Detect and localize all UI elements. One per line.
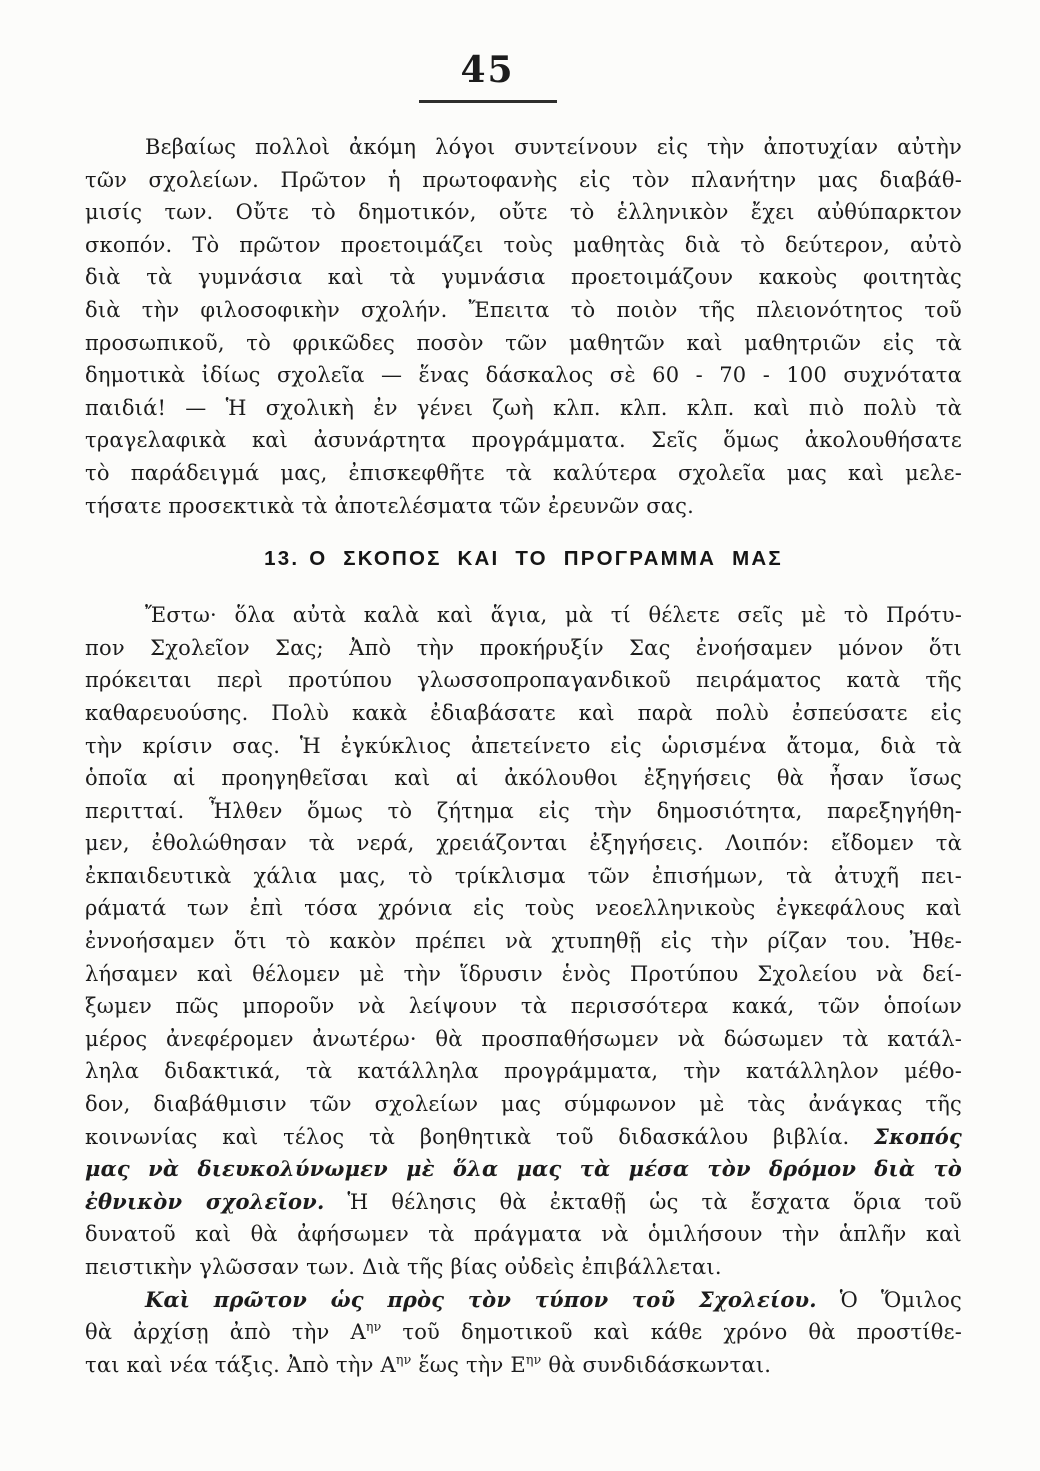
text-line: μεν, ἐθολώθησαν τὰ νερά, χρειάζονται ἐξη… [85, 827, 962, 860]
text-line: ὁποῖα αἱ προηγηθεῖσαι καὶ αἱ ἀκόλουθοι ἐ… [85, 762, 962, 795]
text-run: τοῦ δημοτικοῦ καὶ κάθε χρόνο θὰ προστίθε… [381, 1320, 962, 1344]
text-run: πρόκειται περὶ προτύπου γλωσσοπροπαγανδι… [85, 668, 962, 692]
text-line: καθαρευούσης. Πολὺ κακὰ ἐδιαβάσατε καὶ π… [85, 697, 962, 730]
paragraph: Βεβαίως πολλοὶ ἀκόμη λόγοι συντείνουν εἰ… [85, 131, 962, 522]
text-line: ἐκπαιδευτικὰ χάλια μας, τὸ τρίκλισμα τῶν… [85, 860, 962, 893]
emphasis-run: Καὶ πρῶτον ὡς πρὸς τὸν τύπον τοῦ Σχολείο… [145, 1287, 817, 1312]
text-line: μας νὰ διευκολύνωμεν μὲ ὅλα μας τὰ μέσα … [85, 1153, 962, 1186]
text-run: δημοτικὰ ἰδίως σχολεῖα — ἕνας δάσκαλος σ… [85, 363, 962, 387]
text-run: πειστικὴν γλῶσσαν των. Διὰ τῆς βίας οὐδε… [85, 1255, 722, 1279]
text-run: δυνατοῦ καὶ θὰ ἀφήσωμεν τὰ πράγματα νὰ ὁ… [85, 1222, 962, 1246]
text-run: ἐννοήσαμεν ὅτι τὸ κακὸν πρέπει νὰ χτυπηθ… [85, 929, 962, 953]
text-line: ἐθνικὸν σχολεῖον. Ἡ θέλησις θὰ ἐκταθῇ ὡς… [85, 1186, 962, 1219]
text-run: μέρος ἀνεφέρομεν ἀνωτέρω· θὰ προσπαθήσωμ… [85, 1027, 962, 1051]
text-line: διὰ τὰ γυμνάσια καὶ τὰ γυμνάσια προετοιμ… [85, 261, 962, 294]
paragraph-slot-1: Βεβαίως πολλοὶ ἀκόμη λόγοι συντείνουν εἰ… [85, 131, 962, 522]
text-run: προσωπικοῦ, τὸ φρικῶδες ποσὸν τῶν μαθητῶ… [85, 331, 962, 355]
text-line: τῶν σχολείων. Πρῶτον ἡ πρωτοφανὴς εἰς τὸ… [85, 164, 962, 197]
section-heading-number: 13. [264, 547, 299, 570]
text-run: κοινωνίας καὶ τέλος τὰ βοηθητικὰ τοῦ διδ… [85, 1125, 874, 1149]
text-run: Βεβαίως πολλοὶ ἀκόμη λόγοι συντείνουν εἰ… [145, 135, 962, 159]
text-line: τήσατε προσεκτικὰ τὰ ἀποτελέσματα τῶν ἐρ… [85, 490, 962, 523]
text-run: θὰ ἀρχίσῃ ἀπὸ τὴν Α [85, 1320, 366, 1344]
text-line: ξωμεν πῶς μποροῦν νὰ λείψουν τὰ περισσότ… [85, 990, 962, 1023]
text-run: ἐκπαιδευτικὰ χάλια μας, τὸ τρίκλισμα τῶν… [85, 864, 962, 888]
text-line: Καὶ πρῶτον ὡς πρὸς τὸν τύπον τοῦ Σχολείο… [85, 1284, 962, 1317]
text-run: τήσατε προσεκτικὰ τὰ ἀποτελέσματα τῶν ἐρ… [85, 494, 694, 518]
text-run: μεν, ἐθολώθησαν τὰ νερά, χρειάζονται ἐξη… [85, 831, 962, 855]
text-line: τὸ παράδειγμά μας, ἐπισκεφθῆτε τὰ καλύτε… [85, 457, 962, 490]
text-line: περιτταί. Ἦλθεν ὅμως τὸ ζήτημα εἰς τὴν δ… [85, 795, 962, 828]
paragraph-slot-3: Καὶ πρῶτον ὡς πρὸς τὸν τύπον τοῦ Σχολείο… [85, 1284, 962, 1382]
text-line: σκοπόν. Τὸ πρῶτον προετοιμάζει τοὺς μαθη… [85, 229, 962, 262]
text-line: παιδιά! — Ἡ σχολικὴ ἐν γένει ζωὴ κλπ. κλ… [85, 392, 962, 425]
text-run: περιτταί. Ἦλθεν ὅμως τὸ ζήτημα εἰς τὴν δ… [85, 799, 962, 823]
text-line: πρόκειται περὶ προτύπου γλωσσοπροπαγανδι… [85, 664, 962, 697]
text-run: Ὁ Ὅμιλος [817, 1288, 962, 1312]
text-run: ὁποῖα αἱ προηγηθεῖσαι καὶ αἱ ἀκόλουθοι ἐ… [85, 766, 962, 790]
superscript-run: ην [396, 1352, 412, 1367]
text-line: τὴν κρίσιν σας. Ἡ ἐγκύκλιος ἀπετείνετο ε… [85, 730, 962, 763]
text-line: μέρος ἀνεφέρομεν ἀνωτέρω· θὰ προσπαθήσωμ… [85, 1023, 962, 1056]
text-run: τὸ παράδειγμά μας, ἐπισκεφθῆτε τὰ καλύτε… [85, 461, 962, 485]
text-line: ται καὶ νέα τάξις. Ἀπὸ τὴν Αην ἕως τὴν Ε… [85, 1349, 962, 1382]
text-line: λήσαμεν καὶ θέλομεν μὲ τὴν ἵδρυσιν ἑνὸς … [85, 958, 962, 991]
text-run: ληλα διδακτικά, τὰ κατάλληλα προγράμματα… [85, 1059, 962, 1083]
text-run: τῶν σχολείων. Πρῶτον ἡ πρωτοφανὴς εἰς τὸ… [85, 168, 962, 192]
text-line: προσωπικοῦ, τὸ φρικῶδες ποσὸν τῶν μαθητῶ… [85, 327, 962, 360]
text-run: ξωμεν πῶς μποροῦν νὰ λείψουν τὰ περισσότ… [85, 994, 962, 1018]
text-line: πον Σχολεῖον Σας; Ἀπὸ τὴν προκήρυξίν Σας… [85, 632, 962, 665]
text-run: ράματά των ἐπὶ τόσα χρόνια εἰς τοὺς νεοε… [85, 896, 962, 920]
text-line: κοινωνίας καὶ τέλος τὰ βοηθητικὰ τοῦ διδ… [85, 1121, 962, 1154]
text-line: διὰ τὴν φιλοσοφικὴν σχολήν. Ἔπειτα τὸ πο… [85, 294, 962, 327]
text-run: Ἡ θέλησις θὰ ἐκταθῇ ὡς τὰ ἔσχατα ὅρια το… [324, 1190, 962, 1214]
text-line: Ἔστω· ὅλα αὐτὰ καλὰ καὶ ἅγια, μὰ τί θέλε… [85, 599, 962, 632]
body-text: Βεβαίως πολλοὶ ἀκόμη λόγοι συντείνουν εἰ… [85, 131, 962, 1381]
page-number: 45 [419, 52, 557, 88]
superscript-run: ην [366, 1319, 382, 1334]
text-run: μισίς των. Οὔτε τὸ δημοτικόν, οὔτε τὸ ἑλ… [85, 200, 962, 224]
text-run: ται καὶ νέα τάξις. Ἀπὸ τὴν Α [85, 1353, 396, 1377]
section-heading: 13.Ο ΣΚΟΠΟΣ ΚΑΙ ΤΟ ΠΡΟΓΡΑΜΜΑ ΜΑΣ [85, 546, 962, 572]
page-header: 45 [419, 52, 557, 103]
emphasis-run: ἐθνικὸν σχολεῖον. [85, 1189, 324, 1214]
text-line: ἐννοήσαμεν ὅτι τὸ κακὸν πρέπει νὰ χτυπηθ… [85, 925, 962, 958]
emphasis-run: Σκοπός [874, 1124, 962, 1149]
text-run: θὰ συνδιδάσκωνται. [542, 1353, 772, 1377]
text-line: Βεβαίως πολλοὶ ἀκόμη λόγοι συντείνουν εἰ… [85, 131, 962, 164]
text-run: Ἔστω· ὅλα αὐτὰ καλὰ καὶ ἅγια, μὰ τί θέλε… [145, 603, 962, 627]
text-line: τραγελαφικὰ καὶ ἀσυνάρτητα προγράμματα. … [85, 424, 962, 457]
text-run: λήσαμεν καὶ θέλομεν μὲ τὴν ἵδρυσιν ἑνὸς … [85, 962, 962, 986]
text-run: δον, διαβάθμισιν τῶν σχολείων μας σύμφων… [85, 1092, 962, 1116]
text-run: πον Σχολεῖον Σας; Ἀπὸ τὴν προκήρυξίν Σας… [85, 636, 962, 660]
text-line: ληλα διδακτικά, τὰ κατάλληλα προγράμματα… [85, 1055, 962, 1088]
superscript-run: ην [526, 1352, 542, 1367]
text-run: τραγελαφικὰ καὶ ἀσυνάρτητα προγράμματα. … [85, 428, 962, 452]
text-line: θὰ ἀρχίσῃ ἀπὸ τὴν Αην τοῦ δημοτικοῦ καὶ … [85, 1316, 962, 1349]
text-line: δον, διαβάθμισιν τῶν σχολείων μας σύμφων… [85, 1088, 962, 1121]
emphasis-run: μας νὰ διευκολύνωμεν μὲ ὅλα μας τὰ μέσα … [85, 1156, 962, 1181]
text-run: παιδιά! — Ἡ σχολικὴ ἐν γένει ζωὴ κλπ. κλ… [85, 396, 962, 420]
text-line: δυνατοῦ καὶ θὰ ἀφήσωμεν τὰ πράγματα νὰ ὁ… [85, 1218, 962, 1251]
text-line: μισίς των. Οὔτε τὸ δημοτικόν, οὔτε τὸ ἑλ… [85, 196, 962, 229]
scanned-page: 45 Βεβαίως πολλοὶ ἀκόμη λόγοι συντείνουν… [0, 0, 1040, 1471]
text-run: διὰ τὰ γυμνάσια καὶ τὰ γυμνάσια προετοιμ… [85, 265, 962, 289]
page-number-rule [419, 100, 557, 103]
text-run: διὰ τὴν φιλοσοφικὴν σχολήν. Ἔπειτα τὸ πο… [85, 298, 962, 322]
paragraph: Ἔστω· ὅλα αὐτὰ καλὰ καὶ ἅγια, μὰ τί θέλε… [85, 599, 962, 1283]
text-run: καθαρευούσης. Πολὺ κακὰ ἐδιαβάσατε καὶ π… [85, 701, 962, 725]
section-heading-title: Ο ΣΚΟΠΟΣ ΚΑΙ ΤΟ ΠΡΟΓΡΑΜΜΑ ΜΑΣ [309, 547, 783, 570]
text-line: πειστικὴν γλῶσσαν των. Διὰ τῆς βίας οὐδε… [85, 1251, 962, 1284]
text-run: ἕως τὴν Ε [411, 1353, 525, 1377]
text-line: ράματά των ἐπὶ τόσα χρόνια εἰς τοὺς νεοε… [85, 892, 962, 925]
paragraph-slot-2: Ἔστω· ὅλα αὐτὰ καλὰ καὶ ἅγια, μὰ τί θέλε… [85, 599, 962, 1283]
text-run: σκοπόν. Τὸ πρῶτον προετοιμάζει τοὺς μαθη… [85, 233, 962, 257]
text-run: τὴν κρίσιν σας. Ἡ ἐγκύκλιος ἀπετείνετο ε… [85, 734, 962, 758]
paragraph: Καὶ πρῶτον ὡς πρὸς τὸν τύπον τοῦ Σχολείο… [85, 1284, 962, 1382]
text-line: δημοτικὰ ἰδίως σχολεῖα — ἕνας δάσκαλος σ… [85, 359, 962, 392]
